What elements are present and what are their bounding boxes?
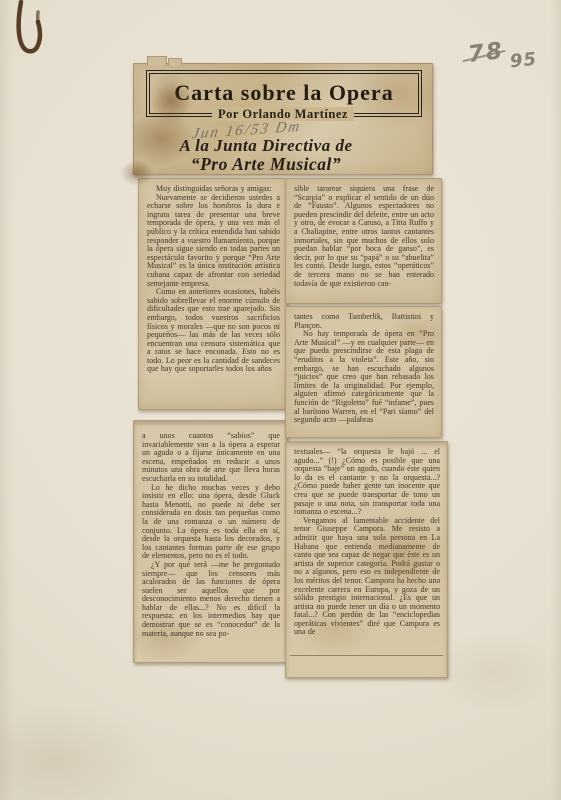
article-paragraph: a unos cuantos “sabios” que invariableme… [142, 432, 280, 484]
article-paragraph: sible tararear siquiera una frase de “Sc… [294, 185, 434, 288]
clipping-right-top: sible tararear siquiera una frase de “Sc… [285, 178, 442, 304]
clipping-tab [147, 56, 167, 66]
clipping-left-top: Muy distinguidas señoras y amigas: Nueva… [138, 178, 288, 410]
ink-u-mark-icon [12, 0, 48, 56]
article-paragraph: ¿Y por qué será —me he preguntado siempr… [142, 561, 280, 638]
clipping-left-bottom: a unos cuantos “sabios” que invariableme… [133, 420, 288, 663]
scrapbook-page: 78 95 Carta sobre la Opera Por Orlando M… [0, 0, 561, 800]
article-paragraph: Como en anteriores ocasiones, habéis sab… [147, 288, 280, 374]
page-number: 95 [509, 49, 538, 73]
article-paragraph: textuales— “la orquesta le bajó ... el a… [294, 448, 440, 517]
dedication-line-1: A la Junta Directiva de [140, 136, 392, 156]
clipping-right-middle: tantes como Tamberlik, Battistini y Plan… [285, 306, 442, 438]
article-paragraph: No hay temporada de ópera en “Pro Arte M… [294, 330, 434, 425]
article-paragraph: Nuevamente se decidieron ustedes a echar… [147, 194, 280, 289]
clipping-right-bottom: textuales— “la orquesta le bajó ... el a… [285, 441, 448, 678]
article-paragraph: tantes como Tamberlik, Battistini y Plan… [294, 313, 434, 330]
article-paragraph: Vengamos al lamentable accidente del ten… [294, 517, 440, 637]
clipping-seam-line [290, 655, 443, 656]
clipping-tab [168, 58, 182, 66]
clipping-masthead: Carta sobre la Opera Por Orlando Martíne… [133, 63, 433, 175]
dedication-line-2: “Pro Arte Musical” [140, 154, 392, 175]
article-paragraph: Lo he dicho muchas veces y debo insistir… [142, 484, 280, 561]
